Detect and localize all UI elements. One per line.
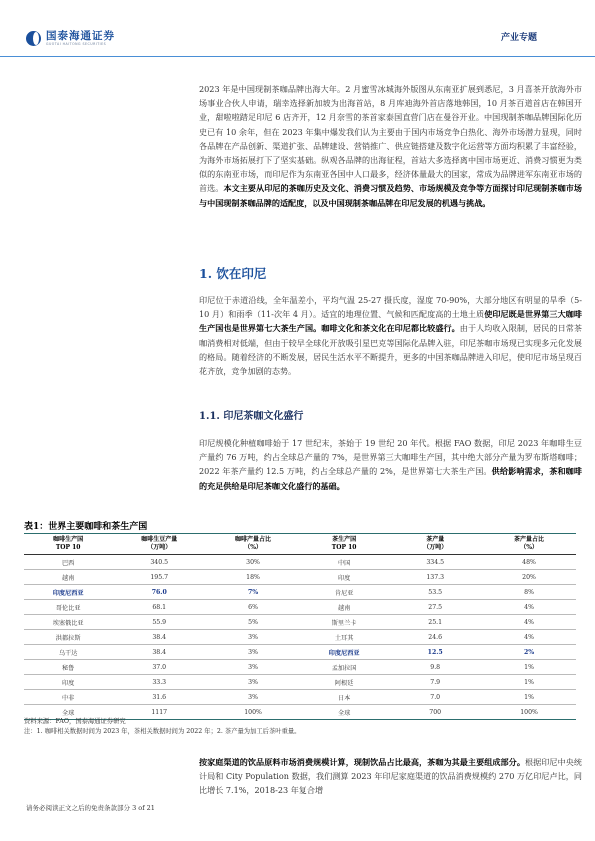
footer-disclaimer: 请务必阅读正文之后的免责条款部分 <box>26 804 130 812</box>
table-row: 洪都拉斯38.43%土耳其24.64% <box>24 630 576 645</box>
section-tag: 产业专题 <box>501 30 537 43</box>
table-header-row: 咖啡生产国TOP 10 咖啡生豆产量（万吨） 咖啡产量占比（%） 茶生产国TOP… <box>24 534 576 555</box>
closing-paragraph: 按家庭渠道的饮品原料市场消费规模计算，现制饮品占比最高，茶咖为其最主要组成部分。… <box>199 755 582 798</box>
logo-en-text: GUOTAI HAITONG SECURITIES <box>46 42 115 47</box>
page-footer: 请务必阅读正文之后的免责条款部分 3 of 21 <box>26 803 155 812</box>
table-row-indonesia-tea: 乌干达38.43%印度尼西亚12.52% <box>24 645 576 660</box>
table-row: 秘鲁37.03%孟加拉国9.81% <box>24 660 576 675</box>
logo-icon <box>26 31 41 46</box>
intro-bold-text: 本文主要从印尼的茶咖历史及文化、消费习惯及趋势、市场规模及竞争等方面探讨印尼现制… <box>199 183 582 207</box>
section-heading-1-1: 1.1. 印尼茶咖文化盛行 <box>199 407 303 422</box>
table-source: 资料来源：FAO，国泰海通证券研究 <box>24 717 300 727</box>
page-header: 国泰海通证券 GUOTAI HAITONG SECURITIES 产业专题 <box>0 0 595 58</box>
col-header-coffee-share: 咖啡产量占比（%） <box>206 534 300 555</box>
intro-normal-text: 2023 年是中国现制茶咖品牌出海大年。2 月蜜雪冰城海外版图从东南亚扩展到悉尼… <box>199 84 582 193</box>
table-row: 印度33.33%阿根廷7.91% <box>24 675 576 690</box>
col-header-coffee-country: 咖啡生产国TOP 10 <box>24 534 112 555</box>
table-row: 越南195.718%印度137.320% <box>24 570 576 585</box>
col-header-coffee-output: 咖啡生豆产量（万吨） <box>112 534 206 555</box>
page-number: 3 of 21 <box>132 804 155 812</box>
table-row: 巴西340.530%中国334.548% <box>24 555 576 570</box>
table-row-indonesia-coffee: 印度尼西亚76.07%肯尼亚53.58% <box>24 585 576 600</box>
section1-1-paragraph: 印尼规模化种植咖啡始于 17 世纪末，茶始于 19 世纪 20 年代。根据 FA… <box>199 436 582 493</box>
company-logo: 国泰海通证券 GUOTAI HAITONG SECURITIES <box>26 30 115 47</box>
closing-bold-text: 按家庭渠道的饮品原料市场消费规模计算，现制饮品占比最高，茶咖为其最主要组成部分。 <box>199 757 525 767</box>
table-row: 埃塞俄比亚55.95%斯里兰卡25.14% <box>24 615 576 630</box>
col-header-tea-output: 茶产量（万吨） <box>388 534 482 555</box>
col-header-tea-country: 茶生产国TOP 10 <box>300 534 388 555</box>
section1-paragraph: 印尼位于赤道沿线，全年温差小，平均气温 25-27 摄氏度，湿度 70-90%，… <box>199 293 582 378</box>
table-row: 哥伦比亚68.16%越南27.54% <box>24 600 576 615</box>
table-note: 注：1. 咖啡相关数据时间为 2023 年，茶相关数据时间为 2022 年；2.… <box>24 727 300 737</box>
col-header-tea-share: 茶产量占比（%） <box>482 534 576 555</box>
table-footnotes: 资料来源：FAO，国泰海通证券研究 注：1. 咖啡相关数据时间为 2023 年，… <box>24 717 300 737</box>
logo-cn-text: 国泰海通证券 <box>46 30 115 42</box>
table-row: 中非31.63%日本7.01% <box>24 690 576 705</box>
intro-paragraph: 2023 年是中国现制茶咖品牌出海大年。2 月蜜雪冰城海外版图从东南亚扩展到悉尼… <box>199 82 582 210</box>
section-heading-1: 1. 饮在印尼 <box>199 264 266 282</box>
table-title: 表1：世界主要咖啡和茶生产国 <box>24 519 147 532</box>
production-table: 咖啡生产国TOP 10 咖啡生豆产量（万吨） 咖啡产量占比（%） 茶生产国TOP… <box>24 533 576 720</box>
header-divider <box>0 56 595 57</box>
